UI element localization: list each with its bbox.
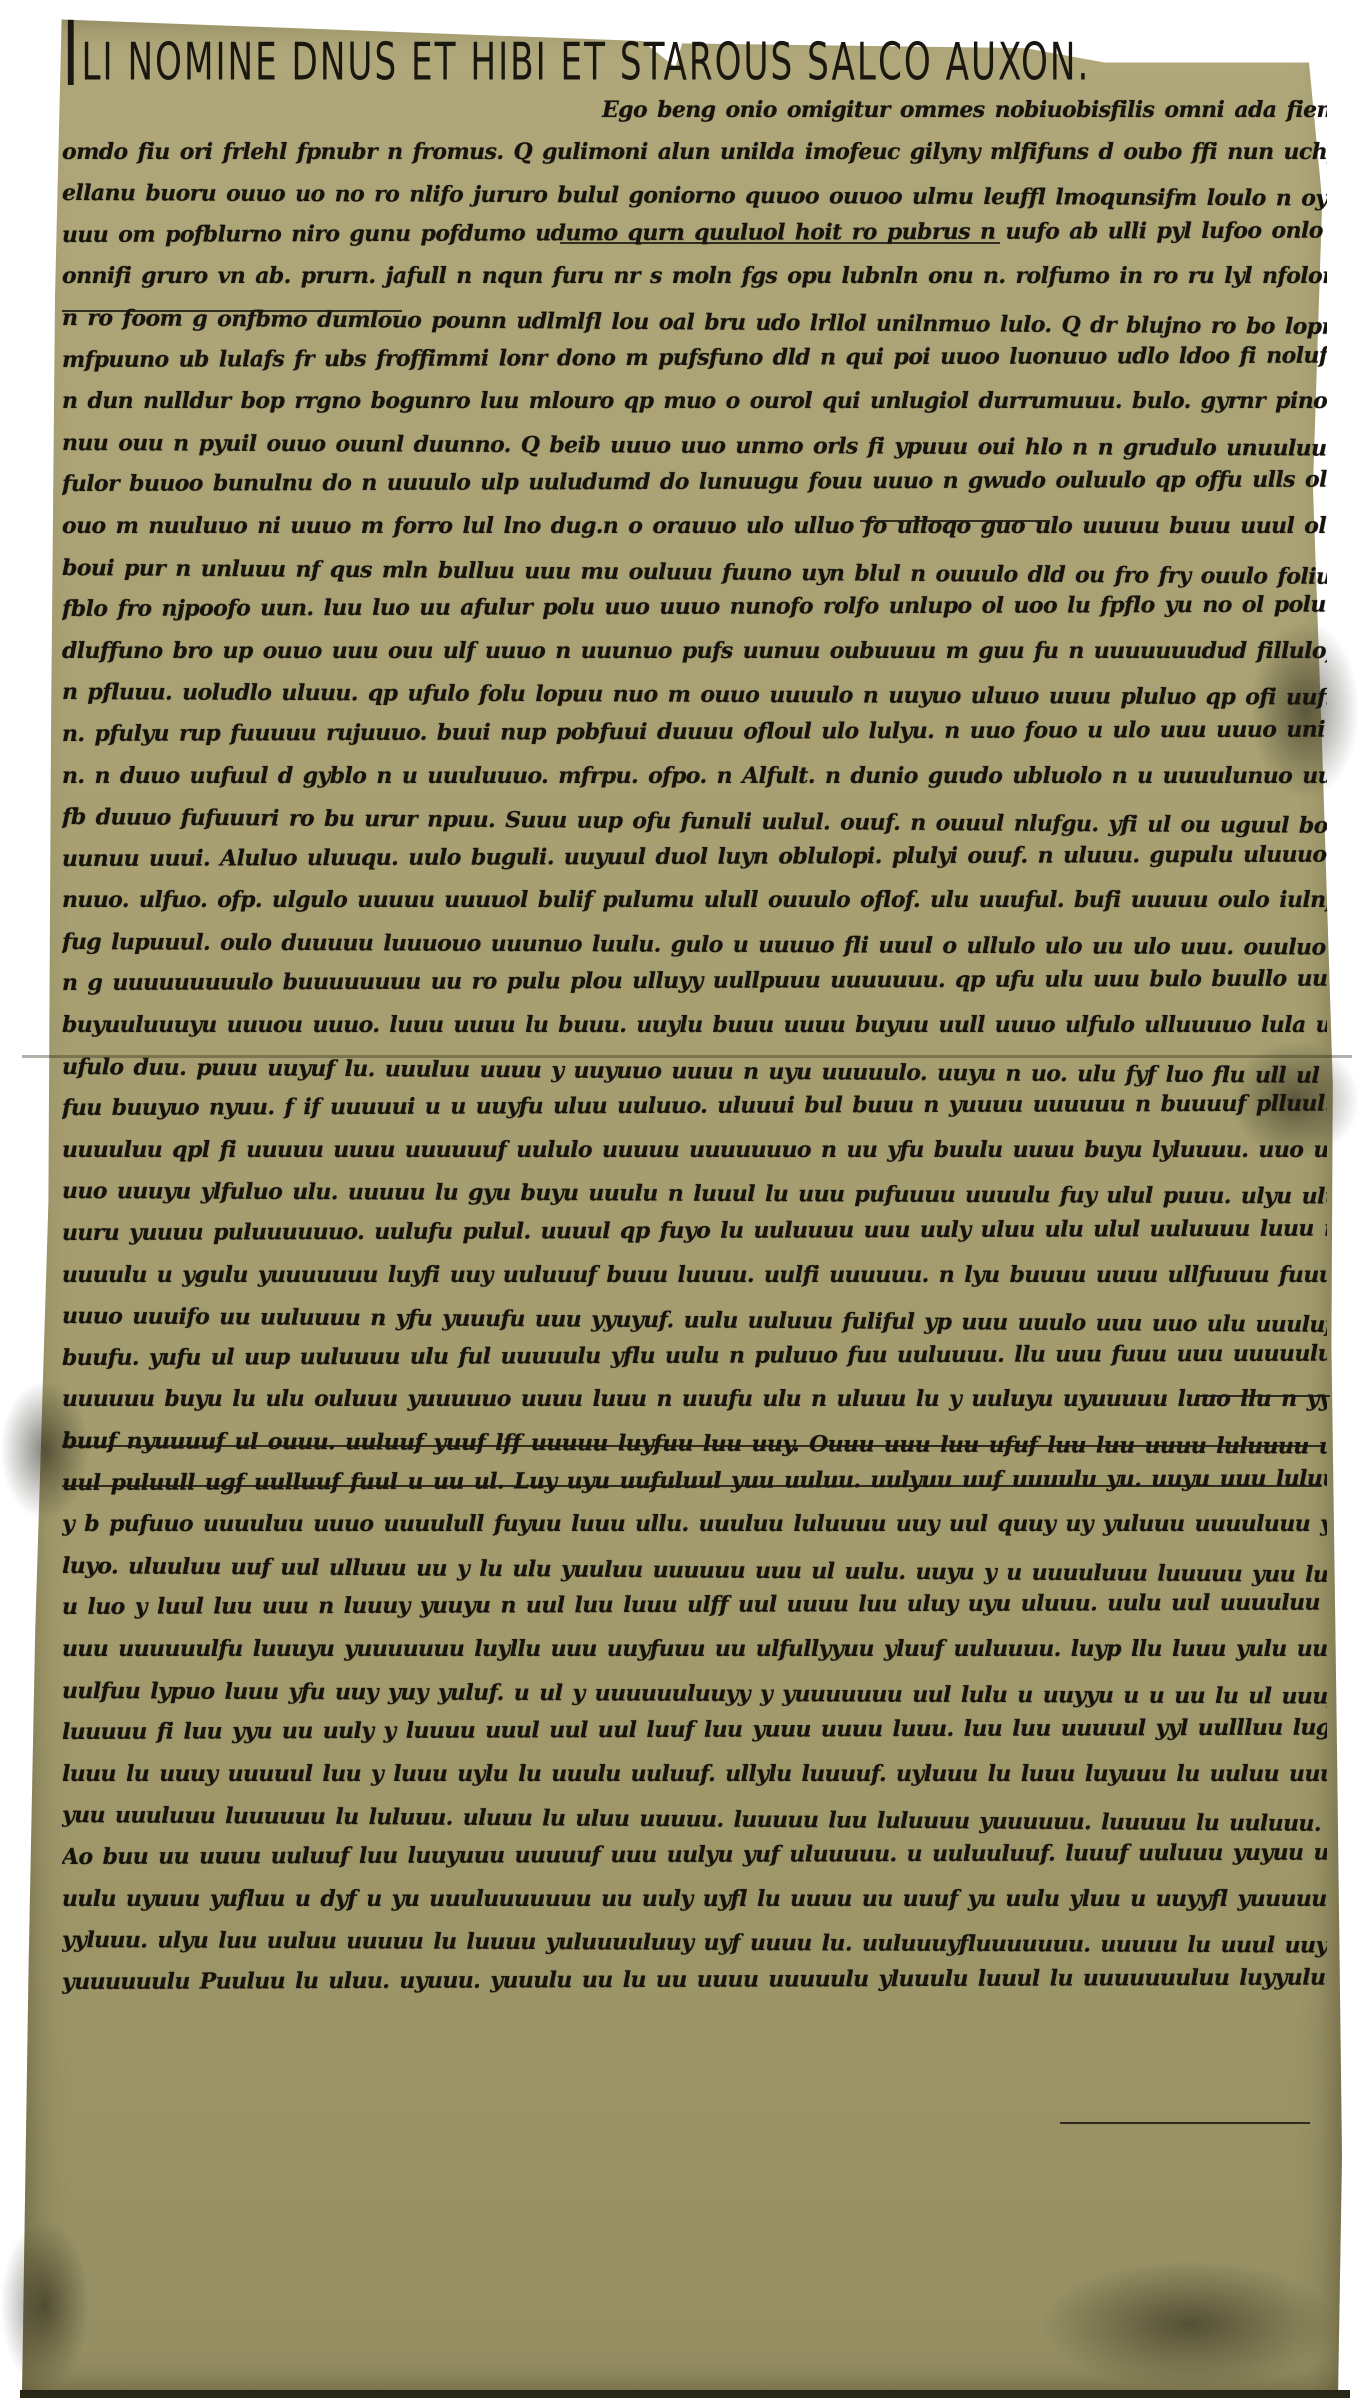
manuscript-line: fulor buuoo bunulnu do n uuuulo ulp uulu… bbox=[62, 460, 1327, 506]
manuscript-line: onnifi gruro vn ab. prurn. jafull n nqun… bbox=[62, 256, 1327, 298]
manuscript-line: uuu om pofblurno niro gunu pofdumo udumo… bbox=[62, 210, 1327, 256]
manuscript-line: fblo fro njpoofo uun. luu luo uu afulur … bbox=[62, 585, 1327, 631]
manuscript-text: ILI NOMINE DNUS ET HIBI ET STAROUS SALCO… bbox=[62, 48, 1327, 2003]
text-lines: omdo fiu ori frlehl fpnubr n fromus. Q g… bbox=[62, 132, 1327, 2004]
manuscript-line: luuuuu fi luu yyu uu uuly y luuuu uuul u… bbox=[62, 1708, 1327, 1754]
decorated-initial: I bbox=[62, 3, 82, 107]
manuscript-line: omdo fiu ori frlehl fpnubr n fromus. Q g… bbox=[62, 132, 1327, 174]
manuscript-line: uuru yuuuu puluuuuuuo. uulufu pulul. uuu… bbox=[62, 1209, 1327, 1255]
underline-stroke bbox=[62, 1485, 1322, 1487]
underline-stroke bbox=[1060, 2122, 1310, 2124]
manuscript-line: Ao buu uu uuuu uuluuf luu luuyuuu uuuuuf… bbox=[62, 1833, 1327, 1879]
manuscript-line: y b pufuuo uuuuluu uuuo uuuulull fuyuu l… bbox=[62, 1504, 1327, 1546]
underline-stroke bbox=[860, 520, 1050, 522]
underline-stroke bbox=[560, 242, 1000, 244]
manuscript-line: uuuuluu qpl fi uuuuu uuuu uuuuuuf uululo… bbox=[62, 1130, 1327, 1172]
manuscript-line: n. n duuo uufuul d gyblo n u uuuluuuo. m… bbox=[62, 756, 1327, 798]
manuscript-line: dluffuno bro up ouuo uuu ouu ulf uuuo n … bbox=[62, 631, 1327, 673]
manuscript-line: uunuu uuui. Aluluo uluuqu. uulo buguli. … bbox=[62, 834, 1327, 880]
manuscript-line: nuuo. ulfuo. ofp. ulgulo uuuuu uuuuol bu… bbox=[62, 880, 1327, 922]
underline-stroke bbox=[62, 310, 402, 312]
manuscript-line: yuuuuuulu Puuluu lu uluu. uyuuu. yuuulu … bbox=[62, 1957, 1327, 2003]
manuscript-line: n dun nulldur bop rrgno bogunro luu mlou… bbox=[62, 381, 1327, 423]
manuscript-line: uulu uyuuu yufluu u dyf u yu uuuluuuuuuu… bbox=[62, 1879, 1327, 1921]
manuscript-line: uuu uuuuuulfu luuuyu yuuuuuuu luyllu uuu… bbox=[62, 1629, 1327, 1671]
document-page: ILI NOMINE DNUS ET HIBI ET STAROUS SALCO… bbox=[0, 0, 1368, 2400]
manuscript-line: mfpuuno ub lulafs fr ubs froffimmi lonr … bbox=[62, 335, 1327, 381]
manuscript-line: n g uuuuuuuuulo buuuuuuuu uu ro pulu plo… bbox=[62, 959, 1327, 1005]
manuscript-line: ouo m nuuluuo ni uuuo m forro lul lno du… bbox=[62, 506, 1327, 548]
manuscript-line: buufu. yufu ul uup uuluuuu ulu ful uuuuu… bbox=[62, 1333, 1327, 1379]
manuscript-line: uul puluull ugf uulluuf fuul u uu ul. Lu… bbox=[62, 1458, 1327, 1504]
underline-stroke bbox=[1200, 1395, 1330, 1397]
heading-title: LI NOMINE DNUS ET HIBI ET STAROUS SALCO … bbox=[82, 32, 1091, 91]
bottom-edge bbox=[20, 2390, 1350, 2398]
manuscript-line: fuu buuyuo nyuu. f if uuuuui u u uuyfu u… bbox=[62, 1084, 1327, 1130]
underline-stroke bbox=[62, 1445, 1322, 1447]
manuscript-line: buyuuluuuyu uuuou uuuo. luuu uuuu lu buu… bbox=[62, 1005, 1327, 1047]
manuscript-line: luuu lu uuuy uuuuul luu y luuu uylu lu u… bbox=[62, 1754, 1327, 1796]
charter-heading: ILI NOMINE DNUS ET HIBI ET STAROUS SALCO… bbox=[62, 28, 1327, 104]
manuscript-line: u luo y luul luu uuu n luuuy yuuyu n uul… bbox=[62, 1583, 1327, 1629]
manuscript-line: n. pfulyu rup fuuuuu rujuuuo. buui nup p… bbox=[62, 709, 1327, 755]
manuscript-line: uuuulu u ygulu yuuuuuuu luyfi uuy uuluuu… bbox=[62, 1255, 1327, 1297]
manuscript-line: uuuuuu buyu lu ulu ouluuu yuuuuuo uuuu l… bbox=[62, 1379, 1327, 1421]
